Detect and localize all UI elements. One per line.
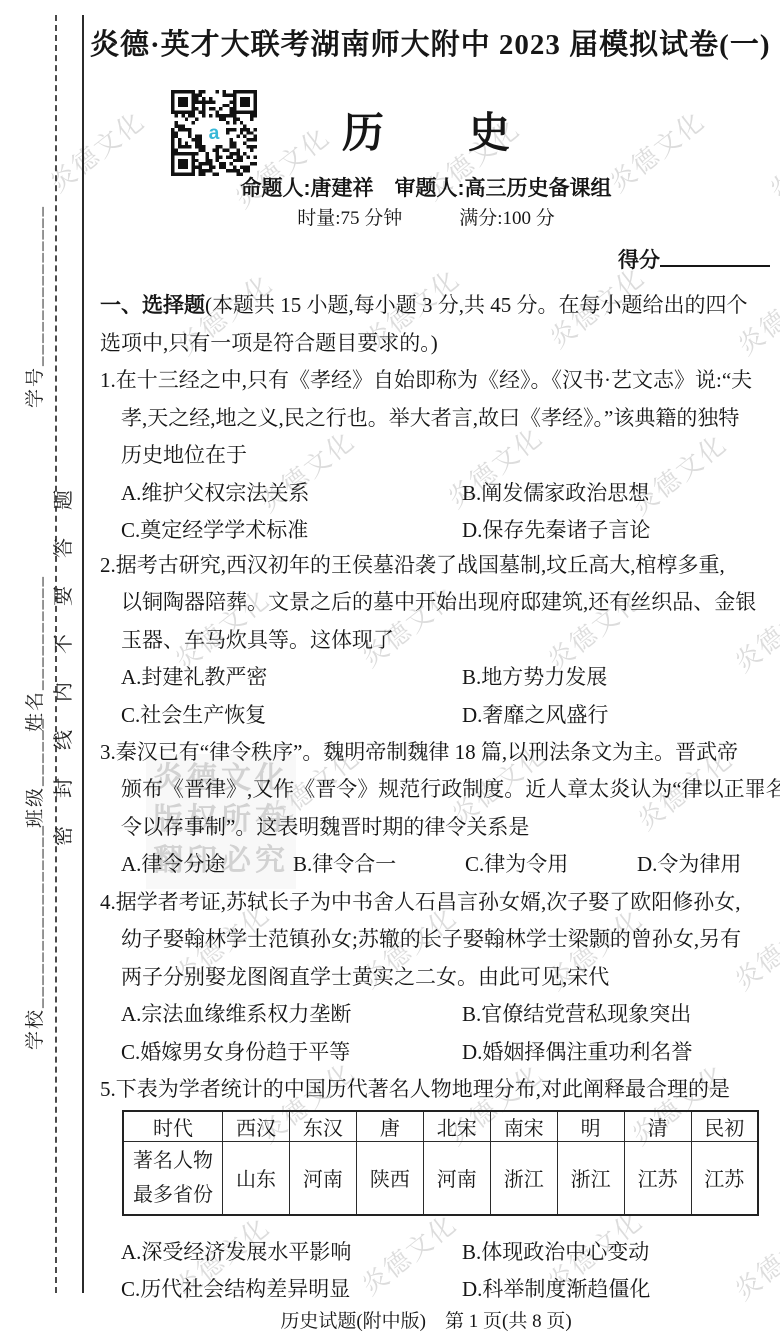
option-text: C.律为令用 bbox=[465, 852, 568, 876]
authors-line: 命题人:唐建祥 审题人:高三历史备课组 bbox=[90, 172, 762, 202]
score-label: 得分 bbox=[618, 249, 660, 272]
question-text-line: 令以存事制”。这表明魏晋时期的律令关系是 bbox=[121, 815, 529, 839]
table-header-cell: 民初 bbox=[691, 1111, 758, 1142]
option-text: A.深受经济发展水平影响 bbox=[121, 1240, 351, 1264]
table-value-cell: 河南 bbox=[289, 1142, 356, 1215]
margin-rule-line bbox=[82, 15, 84, 1293]
brand-watermark: 炎德文化 bbox=[760, 109, 780, 207]
table-value-cell: 陕西 bbox=[356, 1142, 423, 1215]
option-text: A.维护父权宗法关系 bbox=[121, 481, 309, 505]
option-text: B.地方势力发展 bbox=[462, 665, 607, 689]
table-header-cell: 时代 bbox=[123, 1111, 223, 1142]
student-info-label: 姓名__________ bbox=[20, 575, 47, 732]
option-text: D.令为律用 bbox=[637, 852, 741, 876]
question-text-line: 历史地位在于 bbox=[121, 443, 247, 467]
table-header-cell: 南宋 bbox=[490, 1111, 557, 1142]
question-text-line: 4.据学者考证,苏轼长子为中书舍人石昌言孙女婿,次子娶了欧阳修孙女, bbox=[100, 890, 741, 914]
table-value-cell: 河南 bbox=[423, 1142, 490, 1215]
option-text: B.官僚结党营私现象突出 bbox=[462, 1002, 691, 1026]
question-text-line: 一、选择题(本题共 15 小题,每小题 3 分,共 45 分。在每小题给出的四个 bbox=[100, 293, 748, 318]
table-header-cell: 北宋 bbox=[423, 1111, 490, 1142]
option-text: B.体现政治中心变动 bbox=[462, 1240, 649, 1264]
table-value-cell: 浙江 bbox=[557, 1142, 624, 1215]
brand-watermark: 炎德文化 bbox=[352, 1204, 463, 1302]
brand-watermark: 炎德文化 bbox=[622, 424, 733, 522]
table-header-cell: 东汉 bbox=[289, 1111, 356, 1142]
table-row-label: 著名人物最多省份 bbox=[123, 1142, 223, 1215]
option-text: A.宗法血缘维系权力垄断 bbox=[121, 1002, 351, 1026]
table-value-cell: 江苏 bbox=[691, 1142, 758, 1215]
question-text-line: 选项中,只有一项是符合题目要求的。) bbox=[100, 331, 438, 355]
table-header-cell: 唐 bbox=[356, 1111, 423, 1142]
table-header-cell: 清 bbox=[624, 1111, 691, 1142]
brand-watermark: 炎德文化 bbox=[775, 419, 780, 517]
option-text: D.婚姻择偶注重功利名誉 bbox=[462, 1040, 692, 1064]
student-info-label: 班级______ bbox=[20, 717, 47, 828]
option-text: C.历代社会结构差异明显 bbox=[121, 1277, 350, 1301]
option-text: A.律令分途 bbox=[121, 852, 225, 876]
question-text-line: 以铜陶器陪葬。文景之后的墓中开始出现府邸建筑,还有丝织品、金银 bbox=[121, 590, 756, 614]
table-value-cell: 浙江 bbox=[490, 1142, 557, 1215]
question-text-line: 5.下表为学者统计的中国历代著名人物地理分布,对此阐释最合理的是 bbox=[100, 1077, 730, 1101]
option-text: A.封建礼教严密 bbox=[121, 665, 267, 689]
question-text-line: 幼子娶翰林学士范镇孙女;苏辙的长子娶翰林学士梁颢的曾孙女,另有 bbox=[121, 927, 741, 951]
table-value-cell: 山东 bbox=[223, 1142, 290, 1215]
student-info-label: 学校________________ bbox=[20, 824, 47, 1050]
option-text: B.阐发儒家政治思想 bbox=[462, 481, 649, 505]
brand-watermark: 炎德文化 bbox=[725, 1209, 780, 1307]
seal-instruction-text: 密封线内不要答题 bbox=[47, 462, 76, 846]
table-value-cell: 江苏 bbox=[624, 1142, 691, 1215]
famous-people-table: 时代西汉东汉唐北宋南宋明清民初著名人物最多省份山东河南陕西河南浙江浙江江苏江苏 bbox=[122, 1110, 759, 1216]
option-text: D.科举制度渐趋僵化 bbox=[462, 1277, 650, 1301]
page-footer: 历史试题(附中版) 第 1 页(共 8 页) bbox=[90, 1306, 762, 1333]
question-text-line: 2.据考古研究,西汉初年的王侯墓沿袭了战国墓制,坟丘高大,棺椁多重, bbox=[100, 553, 725, 577]
exam-paper-page: 炎德文化炎德文化炎德文化炎德文化炎德文化炎德文化炎德文化炎德文化炎德文化炎德文化… bbox=[0, 0, 780, 1341]
question-text-line: 1.在十三经之中,只有《孝经》自始即称为《经》。《汉书·艺文志》说:“夫 bbox=[100, 368, 752, 392]
option-text: C.社会生产恢复 bbox=[121, 703, 266, 727]
table-header-cell: 明 bbox=[557, 1111, 624, 1142]
option-text: C.婚嫁男女身份趋于平等 bbox=[121, 1040, 350, 1064]
score-field: 得分 bbox=[618, 244, 770, 274]
question-text-line: 颁布《晋律》,又作《晋令》规范行政制度。近人章太炎认为“律以正罪名, bbox=[121, 777, 780, 801]
subject-title: 历 史 bbox=[90, 100, 762, 160]
brand-watermark: 炎德文化 bbox=[772, 1049, 780, 1147]
duration-score-line: 时量:75 分钟 满分:100 分 bbox=[90, 203, 762, 230]
option-text: C.奠定经学学术标准 bbox=[121, 518, 308, 542]
question-text-line: 玉器、车马炊具等。这体现了 bbox=[121, 628, 394, 652]
option-text: D.保存先秦诸子言论 bbox=[462, 518, 650, 542]
option-text: B.律令合一 bbox=[293, 852, 396, 876]
question-text-line: 3.秦汉已有“律令秩序”。魏明帝制魏律 18 篇,以刑法条文为主。晋武帝 bbox=[100, 740, 738, 764]
exam-title: 炎德·英才大联考湖南师大附中 2023 届模拟试卷(一) bbox=[90, 22, 762, 63]
table-header-cell: 西汉 bbox=[223, 1111, 290, 1142]
question-text-line: 两子分别娶龙图阁直学士黄实之二女。由此可见,宋代 bbox=[121, 965, 609, 989]
question-text-line: 孝,天之经,地之义,民之行也。举大者言,故曰《孝经》。”该典籍的独特 bbox=[121, 406, 739, 430]
student-info-label: 学号______________ bbox=[20, 205, 47, 408]
option-text: D.奢靡之风盛行 bbox=[462, 703, 608, 727]
score-underline bbox=[660, 245, 770, 267]
